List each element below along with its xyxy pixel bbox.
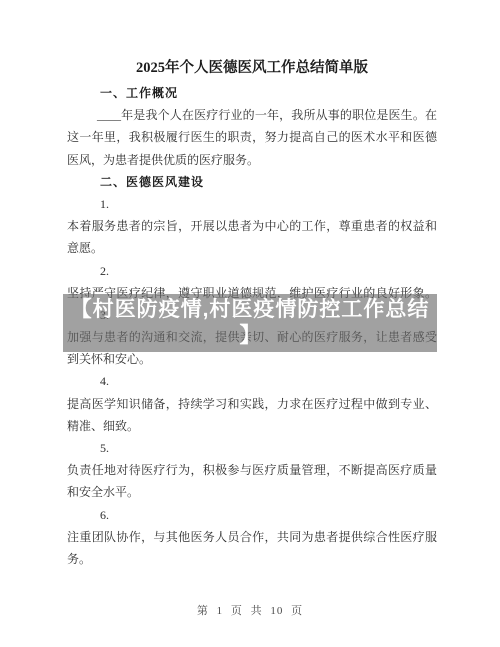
- item-number-6: 6.: [67, 504, 437, 526]
- item-number-4: 4.: [67, 370, 437, 392]
- watermark-text-line1: 【村医防疫情,村医疫情防控工作总结: [63, 296, 437, 323]
- doc-title: 2025年个人医德医风工作总结简单版: [67, 56, 437, 80]
- watermark-overlay: 【村医防疫情,村医疫情防控工作总结 】: [63, 294, 437, 352]
- body-line: 本着服务患者的宗旨，开展以患者为中心的工作，尊重患者的权益和: [67, 215, 437, 237]
- body-line: 提高医学知识储备，持续学习和实践，力求在医疗过程中做到专业、: [67, 393, 437, 415]
- page-footer: 第 1 页 共 10 页: [0, 603, 500, 619]
- section1-heading: 一、工作概况: [67, 82, 437, 104]
- body-line: 这一年里，我积极履行医生的职责，努力提高自己的医术水平和医德: [67, 126, 437, 148]
- document-page: 2025年个人医德医风工作总结简单版 一、工作概况 ____年是我个人在医疗行业…: [0, 0, 500, 647]
- item-number-5: 5.: [67, 437, 437, 459]
- body-line: 意愿。: [67, 237, 437, 259]
- body-line: 务。: [67, 548, 437, 570]
- body-line: 负责任地对待医疗行为，积极参与医疗质量管理，不断提高医疗质量: [67, 459, 437, 481]
- watermark-text-line2: 】: [63, 323, 437, 349]
- item-number-1: 1.: [67, 193, 437, 215]
- section2-heading: 二、医德医风建设: [67, 171, 437, 193]
- body-line: 和安全水平。: [67, 481, 437, 503]
- body-line: 注重团队协作，与其他医务人员合作，共同为患者提供综合性医疗服: [67, 526, 437, 548]
- body-line: 医风，为患者提供优质的医疗服务。: [67, 149, 437, 171]
- body-line: ____年是我个人在医疗行业的一年，我所从事的职位是医生。在: [67, 104, 437, 126]
- item-number-2: 2.: [67, 260, 437, 282]
- body-line: 精准、细致。: [67, 415, 437, 437]
